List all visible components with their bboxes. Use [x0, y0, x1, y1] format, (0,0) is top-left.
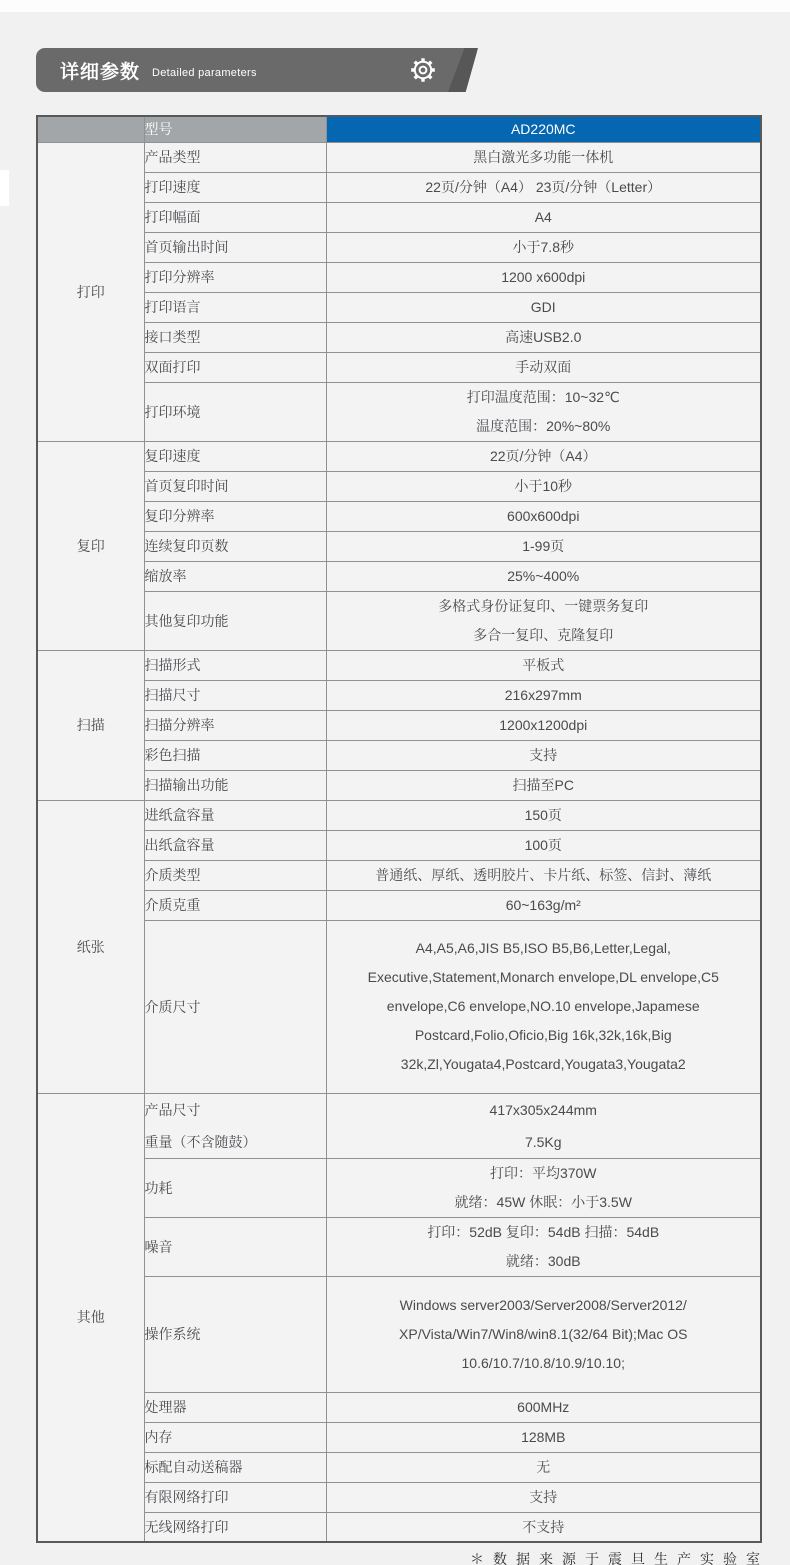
param-value: 417x305x244mm7.5Kg	[326, 1093, 761, 1158]
param-value: A4	[326, 202, 761, 232]
param-value-line: 10.6/10.7/10.8/10.9/10.10;	[327, 1349, 761, 1378]
param-value: 128MB	[326, 1422, 761, 1452]
param-value: 支持	[326, 740, 761, 770]
spec-row: 缩放率25%~400%	[37, 561, 761, 591]
spec-row: 出纸盒容量100页	[37, 830, 761, 860]
param-value: 150页	[326, 800, 761, 830]
spec-row: 扫描扫描形式平板式	[37, 650, 761, 680]
param-value: 支持	[326, 1482, 761, 1512]
param-label: 复印分辨率	[144, 501, 326, 531]
param-value-line: 温度范围：20%~80%	[327, 412, 761, 441]
model-label-cell: 型号	[144, 116, 326, 142]
banner-slant-accent	[448, 48, 478, 92]
param-label: 打印速度	[144, 172, 326, 202]
spec-sheet: 型号 AD220MC 打印产品类型黑白激光多功能一体机打印速度22页/分钟（A4…	[36, 115, 760, 1565]
param-label: 打印语言	[144, 292, 326, 322]
spec-row: 打印环境打印温度范围：10~32℃温度范围：20%~80%	[37, 382, 761, 441]
param-label: 介质类型	[144, 860, 326, 890]
spec-row: 其他产品尺寸重量（不含随鼓）417x305x244mm7.5Kg	[37, 1093, 761, 1158]
param-value: 22页/分钟（A4）	[326, 441, 761, 471]
category-cell-other: 其他	[37, 1093, 144, 1542]
spec-row: 处理器600MHz	[37, 1392, 761, 1422]
spec-row: 其他复印功能多格式身份证复印、一键票务复印多合一复印、克隆复印	[37, 591, 761, 650]
param-value: 小于10秒	[326, 471, 761, 501]
spec-row: 介质类型普通纸、厚纸、透明胶片、卡片纸、标签、信封、薄纸	[37, 860, 761, 890]
spec-row: 介质尺寸A4,A5,A6,JIS B5,ISO B5,B6,Letter,Leg…	[37, 920, 761, 1093]
param-value-line: 7.5Kg	[327, 1126, 761, 1158]
param-label: 操作系统	[144, 1276, 326, 1392]
model-value-cell: AD220MC	[326, 116, 761, 142]
param-value: GDI	[326, 292, 761, 322]
param-value: 普通纸、厚纸、透明胶片、卡片纸、标签、信封、薄纸	[326, 860, 761, 890]
param-label: 首页输出时间	[144, 232, 326, 262]
param-label: 进纸盒容量	[144, 800, 326, 830]
gear-icon	[408, 55, 438, 85]
param-label: 介质克重	[144, 890, 326, 920]
param-label: 有限网络打印	[144, 1482, 326, 1512]
param-label: 产品尺寸重量（不含随鼓）	[144, 1093, 326, 1158]
category-cell-print: 打印	[37, 142, 144, 441]
param-value: 打印温度范围：10~32℃温度范围：20%~80%	[326, 382, 761, 441]
param-value: 1200x1200dpi	[326, 710, 761, 740]
param-value-line: envelope,C6 envelope,NO.10 envelope,Japa…	[327, 992, 761, 1021]
param-label: 扫描尺寸	[144, 680, 326, 710]
spec-row: 双面打印手动双面	[37, 352, 761, 382]
spec-row: 接口类型高速USB2.0	[37, 322, 761, 352]
param-value-line: 就绪：45W 休眠：小于3.5W	[327, 1188, 761, 1217]
category-cell-paper: 纸张	[37, 800, 144, 1093]
param-label: 功耗	[144, 1158, 326, 1217]
param-value: 不支持	[326, 1512, 761, 1542]
spec-row: 噪音打印：52dB 复印：54dB 扫描：54dB就绪：30dB	[37, 1217, 761, 1276]
param-label: 内存	[144, 1422, 326, 1452]
param-value: 打印：平均370W就绪：45W 休眠：小于3.5W	[326, 1158, 761, 1217]
param-label: 打印分辨率	[144, 262, 326, 292]
param-value: 600MHz	[326, 1392, 761, 1422]
param-label: 产品类型	[144, 142, 326, 172]
spec-row: 纸张进纸盒容量150页	[37, 800, 761, 830]
param-label: 标配自动送稿器	[144, 1452, 326, 1482]
param-label: 首页复印时间	[144, 471, 326, 501]
param-value-line: 32k,Zl,Yougata4,Postcard,Yougata3,Yougat…	[327, 1050, 761, 1079]
category-cell-copy: 复印	[37, 441, 144, 650]
param-value: 100页	[326, 830, 761, 860]
param-value: Windows server2003/Server2008/Server2012…	[326, 1276, 761, 1392]
param-value-line: Postcard,Folio,Oficio,Big 16k,32k,16k,Bi…	[327, 1021, 761, 1050]
param-label: 接口类型	[144, 322, 326, 352]
param-label-line: 重量（不含随鼓）	[145, 1126, 326, 1158]
param-label: 复印速度	[144, 441, 326, 471]
banner-title-en: Detailed parameters	[152, 67, 257, 79]
param-value: 25%~400%	[326, 561, 761, 591]
param-label: 噪音	[144, 1217, 326, 1276]
param-value: 1-99页	[326, 531, 761, 561]
param-value-line: 就绪：30dB	[327, 1247, 761, 1276]
param-label: 扫描形式	[144, 650, 326, 680]
spec-row: 首页输出时间小于7.8秒	[37, 232, 761, 262]
param-label: 介质尺寸	[144, 920, 326, 1093]
spec-row: 彩色扫描支持	[37, 740, 761, 770]
param-value: 手动双面	[326, 352, 761, 382]
param-value-line: 417x305x244mm	[327, 1094, 761, 1126]
spec-row: 有限网络打印支持	[37, 1482, 761, 1512]
param-value-line: XP/Vista/Win7/Win8/win8.1(32/64 Bit);Mac…	[327, 1320, 761, 1349]
param-label: 扫描分辨率	[144, 710, 326, 740]
param-label: 无线网络打印	[144, 1512, 326, 1542]
spec-header-row: 型号 AD220MC	[37, 116, 761, 142]
spec-row: 复印分辨率600x600dpi	[37, 501, 761, 531]
spec-row: 扫描输出功能扫描至PC	[37, 770, 761, 800]
banner-title-cn: 详细参数	[60, 57, 140, 84]
spec-table: 型号 AD220MC 打印产品类型黑白激光多功能一体机打印速度22页/分钟（A4…	[36, 115, 762, 1543]
spec-row: 内存128MB	[37, 1422, 761, 1452]
spec-row: 扫描分辨率1200x1200dpi	[37, 710, 761, 740]
param-label: 出纸盒容量	[144, 830, 326, 860]
param-value: 600x600dpi	[326, 501, 761, 531]
param-value-line: Windows server2003/Server2008/Server2012…	[327, 1291, 761, 1320]
detail-parameters-banner: 详细参数 Detailed parameters	[36, 48, 478, 92]
param-value-line: Executive,Statement,Monarch envelope,DL …	[327, 963, 761, 992]
param-label: 双面打印	[144, 352, 326, 382]
param-value-line: 打印：平均370W	[327, 1159, 761, 1188]
spec-row: 打印语言GDI	[37, 292, 761, 322]
spec-row: 打印速度22页/分钟（A4） 23页/分钟（Letter）	[37, 172, 761, 202]
spec-row: 复印复印速度22页/分钟（A4）	[37, 441, 761, 471]
spec-row: 连续复印页数1-99页	[37, 531, 761, 561]
param-label: 打印环境	[144, 382, 326, 441]
spec-row: 操作系统Windows server2003/Server2008/Server…	[37, 1276, 761, 1392]
spec-row: 打印分辨率1200 x600dpi	[37, 262, 761, 292]
param-label: 缩放率	[144, 561, 326, 591]
param-value: 1200 x600dpi	[326, 262, 761, 292]
param-value: 216x297mm	[326, 680, 761, 710]
param-label: 处理器	[144, 1392, 326, 1422]
param-value-line: 打印：52dB 复印：54dB 扫描：54dB	[327, 1218, 761, 1247]
param-label: 彩色扫描	[144, 740, 326, 770]
param-label: 扫描输出功能	[144, 770, 326, 800]
param-value: 小于7.8秒	[326, 232, 761, 262]
spec-row: 打印幅面A4	[37, 202, 761, 232]
spec-row: 打印产品类型黑白激光多功能一体机	[37, 142, 761, 172]
spec-row: 扫描尺寸216x297mm	[37, 680, 761, 710]
param-label: 其他复印功能	[144, 591, 326, 650]
param-value: 扫描至PC	[326, 770, 761, 800]
param-value-line: 多合一复印、克隆复印	[327, 621, 761, 650]
param-value: 多格式身份证复印、一键票务复印多合一复印、克隆复印	[326, 591, 761, 650]
param-value: 打印：52dB 复印：54dB 扫描：54dB就绪：30dB	[326, 1217, 761, 1276]
param-value: 无	[326, 1452, 761, 1482]
page-top-strip	[0, 0, 790, 12]
param-value: A4,A5,A6,JIS B5,ISO B5,B6,Letter,Legal,E…	[326, 920, 761, 1093]
param-value-line: 打印温度范围：10~32℃	[327, 383, 761, 412]
data-source-note: ＊数据来源于震旦生产实验室	[36, 1549, 769, 1565]
spec-row: 功耗打印：平均370W就绪：45W 休眠：小于3.5W	[37, 1158, 761, 1217]
param-label: 打印幅面	[144, 202, 326, 232]
param-label-line: 产品尺寸	[145, 1094, 326, 1126]
param-value: 黑白激光多功能一体机	[326, 142, 761, 172]
spec-row: 标配自动送稿器无	[37, 1452, 761, 1482]
param-value-line: 多格式身份证复印、一键票务复印	[327, 592, 761, 621]
spec-row: 首页复印时间小于10秒	[37, 471, 761, 501]
param-label: 连续复印页数	[144, 531, 326, 561]
spec-row: 介质克重60~163g/m²	[37, 890, 761, 920]
param-value: 高速USB2.0	[326, 322, 761, 352]
param-value: 22页/分钟（A4） 23页/分钟（Letter）	[326, 172, 761, 202]
category-cell-scan: 扫描	[37, 650, 144, 800]
header-corner-cell	[37, 116, 144, 142]
param-value-line: A4,A5,A6,JIS B5,ISO B5,B6,Letter,Legal,	[327, 934, 761, 963]
left-edge-notch	[0, 170, 9, 206]
param-value: 60~163g/m²	[326, 890, 761, 920]
param-value: 平板式	[326, 650, 761, 680]
spec-row: 无线网络打印不支持	[37, 1512, 761, 1542]
